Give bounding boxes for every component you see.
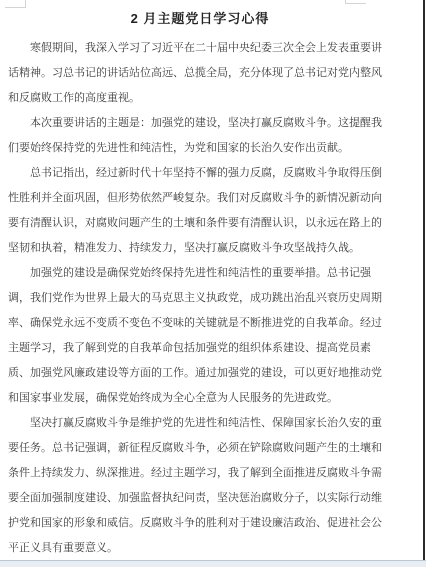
document-title: 2 月主题党日学习心得	[8, 9, 392, 29]
paragraph-party-building: 加强党的建设是确保党始终保持先进性和纯洁性的重要举措。总书记强调，我们党作为世界…	[8, 261, 392, 411]
window-right-edge	[423, 0, 425, 560]
paragraph-theme: 本次重要讲话的主题是：加强党的建设，坚决打赢反腐败斗争。这提醒我们要始终保持党的…	[8, 111, 392, 161]
document-page: 2 月主题党日学习心得 寒假期间，我深入学习了习近平在二十届中央纪委三次全会上发…	[0, 0, 426, 561]
paragraph-anticorruption-situation: 总书记指出，经过新时代十年坚持不懈的强力反腐，反腐败斗争取得压倒性胜利并全面巩固…	[8, 161, 392, 261]
paragraph-anticorruption-tasks: 坚决打赢反腐败斗争是维护党的先进性和纯洁性、保障国家长治久安的重要任务。总书记强…	[8, 411, 392, 561]
paragraph-intro: 寒假期间，我深入学习了习近平在二十届中央纪委三次全会上发表重要讲话精神。习总书记…	[8, 36, 392, 111]
bottom-edge-bar	[0, 560, 426, 567]
